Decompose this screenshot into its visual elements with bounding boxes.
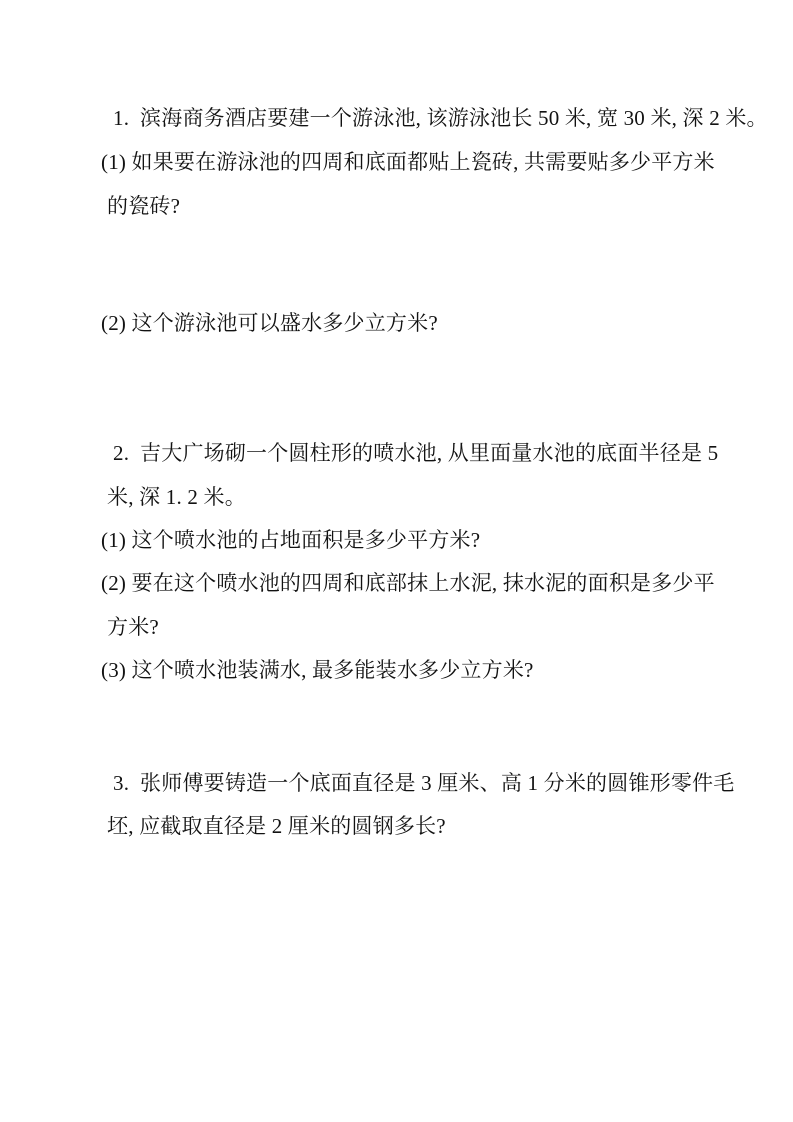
problem-2-statement-line-1: 2. 吉大广场砌一个圆柱形的喷水池, 从里面量水池的底面半径是 5 [113, 442, 718, 464]
problem-2-question-2-line-2: 方米? [107, 616, 159, 638]
problem-2-question-3-line: (3) 这个喷水池装满水, 最多能装水多少立方米? [101, 659, 534, 681]
problem-1-statement-line: 1. 滨海商务酒店要建一个游泳池, 该游泳池长 50 米, 宽 30 米, 深 … [113, 107, 768, 129]
problem-3-statement-line-2: 坯, 应截取直径是 2 厘米的圆钢多长? [107, 815, 446, 837]
problem-1-question-1-line-2: 的瓷砖? [107, 195, 180, 217]
worksheet-page: 1. 滨海商务酒店要建一个游泳池, 该游泳池长 50 米, 宽 30 米, 深 … [0, 0, 793, 1122]
problem-2-question-2-line-1: (2) 要在这个喷水池的四周和底部抹上水泥, 抹水泥的面积是多少平 [101, 572, 715, 594]
problem-1-question-1-line-1: (1) 如果要在游泳池的四周和底面都贴上瓷砖, 共需要贴多少平方米 [101, 151, 715, 173]
problem-2-question-1-line: (1) 这个喷水池的占地面积是多少平方米? [101, 529, 480, 551]
problem-2-statement-line-2: 米, 深 1. 2 米。 [107, 486, 246, 508]
problem-1-question-2-line: (2) 这个游泳池可以盛水多少立方米? [101, 312, 438, 334]
problem-3-statement-line-1: 3. 张师傅要铸造一个底面直径是 3 厘米、高 1 分米的圆锥形零件毛 [113, 772, 734, 794]
